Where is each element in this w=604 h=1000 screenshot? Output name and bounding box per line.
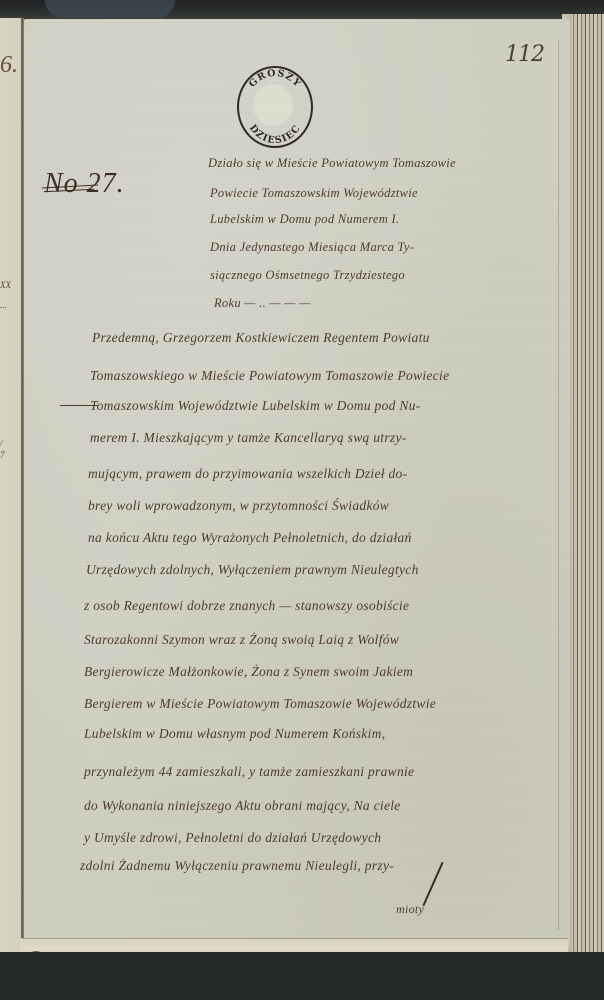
body-line: merem I. Mieszkającym y tamże Kancellary… xyxy=(90,430,407,446)
entry-number-text: No 27. xyxy=(44,168,125,199)
header-line: Powiecie Tomaszowskim Województwie xyxy=(210,186,418,201)
stamp-bottom-text: DZIESIEC xyxy=(247,123,303,147)
body-line: przynależym 44 zamieszkali, y tamże zami… xyxy=(84,764,414,780)
body-line: Lubelskim w Domu własnym pod Numerem Koń… xyxy=(84,726,385,742)
margin-note: ... xyxy=(0,300,7,310)
stamp-top-text: GROSZY xyxy=(247,68,303,90)
left-page-numeral: 6. xyxy=(0,52,18,79)
page-number: 112 xyxy=(505,42,544,67)
body-line: do Wykonania niniejszego Aktu obrani maj… xyxy=(84,798,401,814)
tax-stamp: GROSZY DZIESIEC xyxy=(237,66,313,148)
catchword: mioty xyxy=(396,902,424,917)
body-line: brey woli wprowadzonym, w przytomności Ś… xyxy=(88,498,389,514)
body-line: zdolni Żadnemu Wyłączeniu prawnemu Nieul… xyxy=(80,858,394,874)
svg-text:DZIESIEC: DZIESIEC xyxy=(247,123,303,147)
header-line: Roku — .. — — — xyxy=(214,296,311,311)
body-line: mującym, prawem do przyimowania wszelkic… xyxy=(88,466,407,482)
body-line: Przedemną, Grzegorzem Kostkiewiczem Rege… xyxy=(92,330,430,346)
svg-text:GROSZY: GROSZY xyxy=(247,68,303,90)
body-line: z osob Regentowi dobrze znanych — stanow… xyxy=(84,598,409,614)
stamp-ring-text-icon: GROSZY DZIESIEC xyxy=(237,66,313,148)
body-line: Tomaszowskim Województwie Lubelskim w Do… xyxy=(90,398,421,414)
entry-number: No 27. xyxy=(44,168,125,200)
body-line: Urzędowych zdolnych, Wyłączeniem prawnym… xyxy=(86,562,419,578)
page-edge-line xyxy=(558,40,559,930)
body-line: Bergierowicze Małżonkowie, Żona z Synem … xyxy=(84,664,413,680)
header-line: Dnia Jedynastego Miesiąca Marca Ty- xyxy=(210,240,414,255)
header-line: siącznego Ośmsetnego Trzydziestego xyxy=(210,268,405,283)
margin-note: / xyxy=(0,438,3,448)
header-line: Lubelskim w Domu pod Numerem I. xyxy=(210,212,399,227)
body-line: Tomaszowskiego w Mieście Powiatowym Toma… xyxy=(90,368,449,384)
book-cover-fragment xyxy=(45,0,175,18)
header-line: Działo się w Mieście Powiatowym Tomaszow… xyxy=(208,156,456,171)
margin-note: 7 xyxy=(0,450,5,460)
body-line: na końcu Aktu tego Wyrażonych Pełnoletni… xyxy=(88,530,412,546)
body-line: y Umyśle zdrowi, Pełnoletni do działań U… xyxy=(84,830,381,846)
body-line: Starozakonni Szymon wraz z Żoną swoią La… xyxy=(84,632,399,648)
margin-note: XX xyxy=(0,280,11,290)
body-line: Bergierem w Mieście Powiatowym Tomaszowi… xyxy=(84,696,436,712)
scanner-background-bottom xyxy=(0,952,604,1000)
